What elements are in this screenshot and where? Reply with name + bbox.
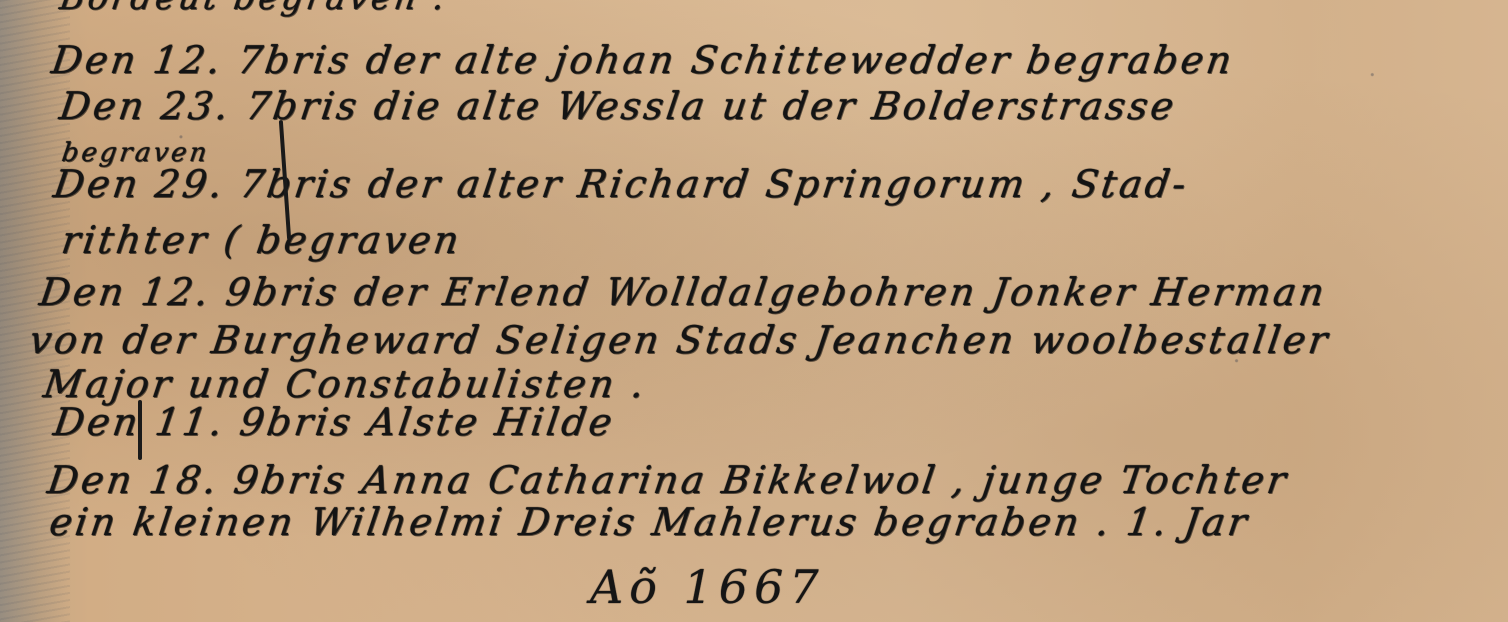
text-line: Den 18. 9bris Anna Catharina Bikkelwol ,… (45, 458, 1292, 502)
margin-stroke (138, 400, 142, 460)
text-line: Den 12. 9bris der Erlend Wolldalgebohren… (37, 270, 1330, 314)
text-line: Den 23. 7bris die alte Wessla ut der Bol… (57, 84, 1180, 128)
text-line: Den 11. 9bris Alste Hilde (51, 400, 618, 444)
text-line: Bordeut begraven . (57, 0, 450, 18)
text-line: ein kleinen Wilhelmi Dreis Mahlerus begr… (47, 500, 1252, 544)
text-line: Den 29. 7bris der alter Richard Springor… (51, 162, 1192, 206)
text-line: von der Burgheward Seligen Stads Jeanche… (27, 318, 1333, 362)
text-line: Den 12. 7bris der alte johan Schittewedd… (49, 38, 1237, 82)
year-heading: Aõ 1667 (590, 560, 825, 614)
text-line: rithter ( begraven (59, 218, 465, 262)
